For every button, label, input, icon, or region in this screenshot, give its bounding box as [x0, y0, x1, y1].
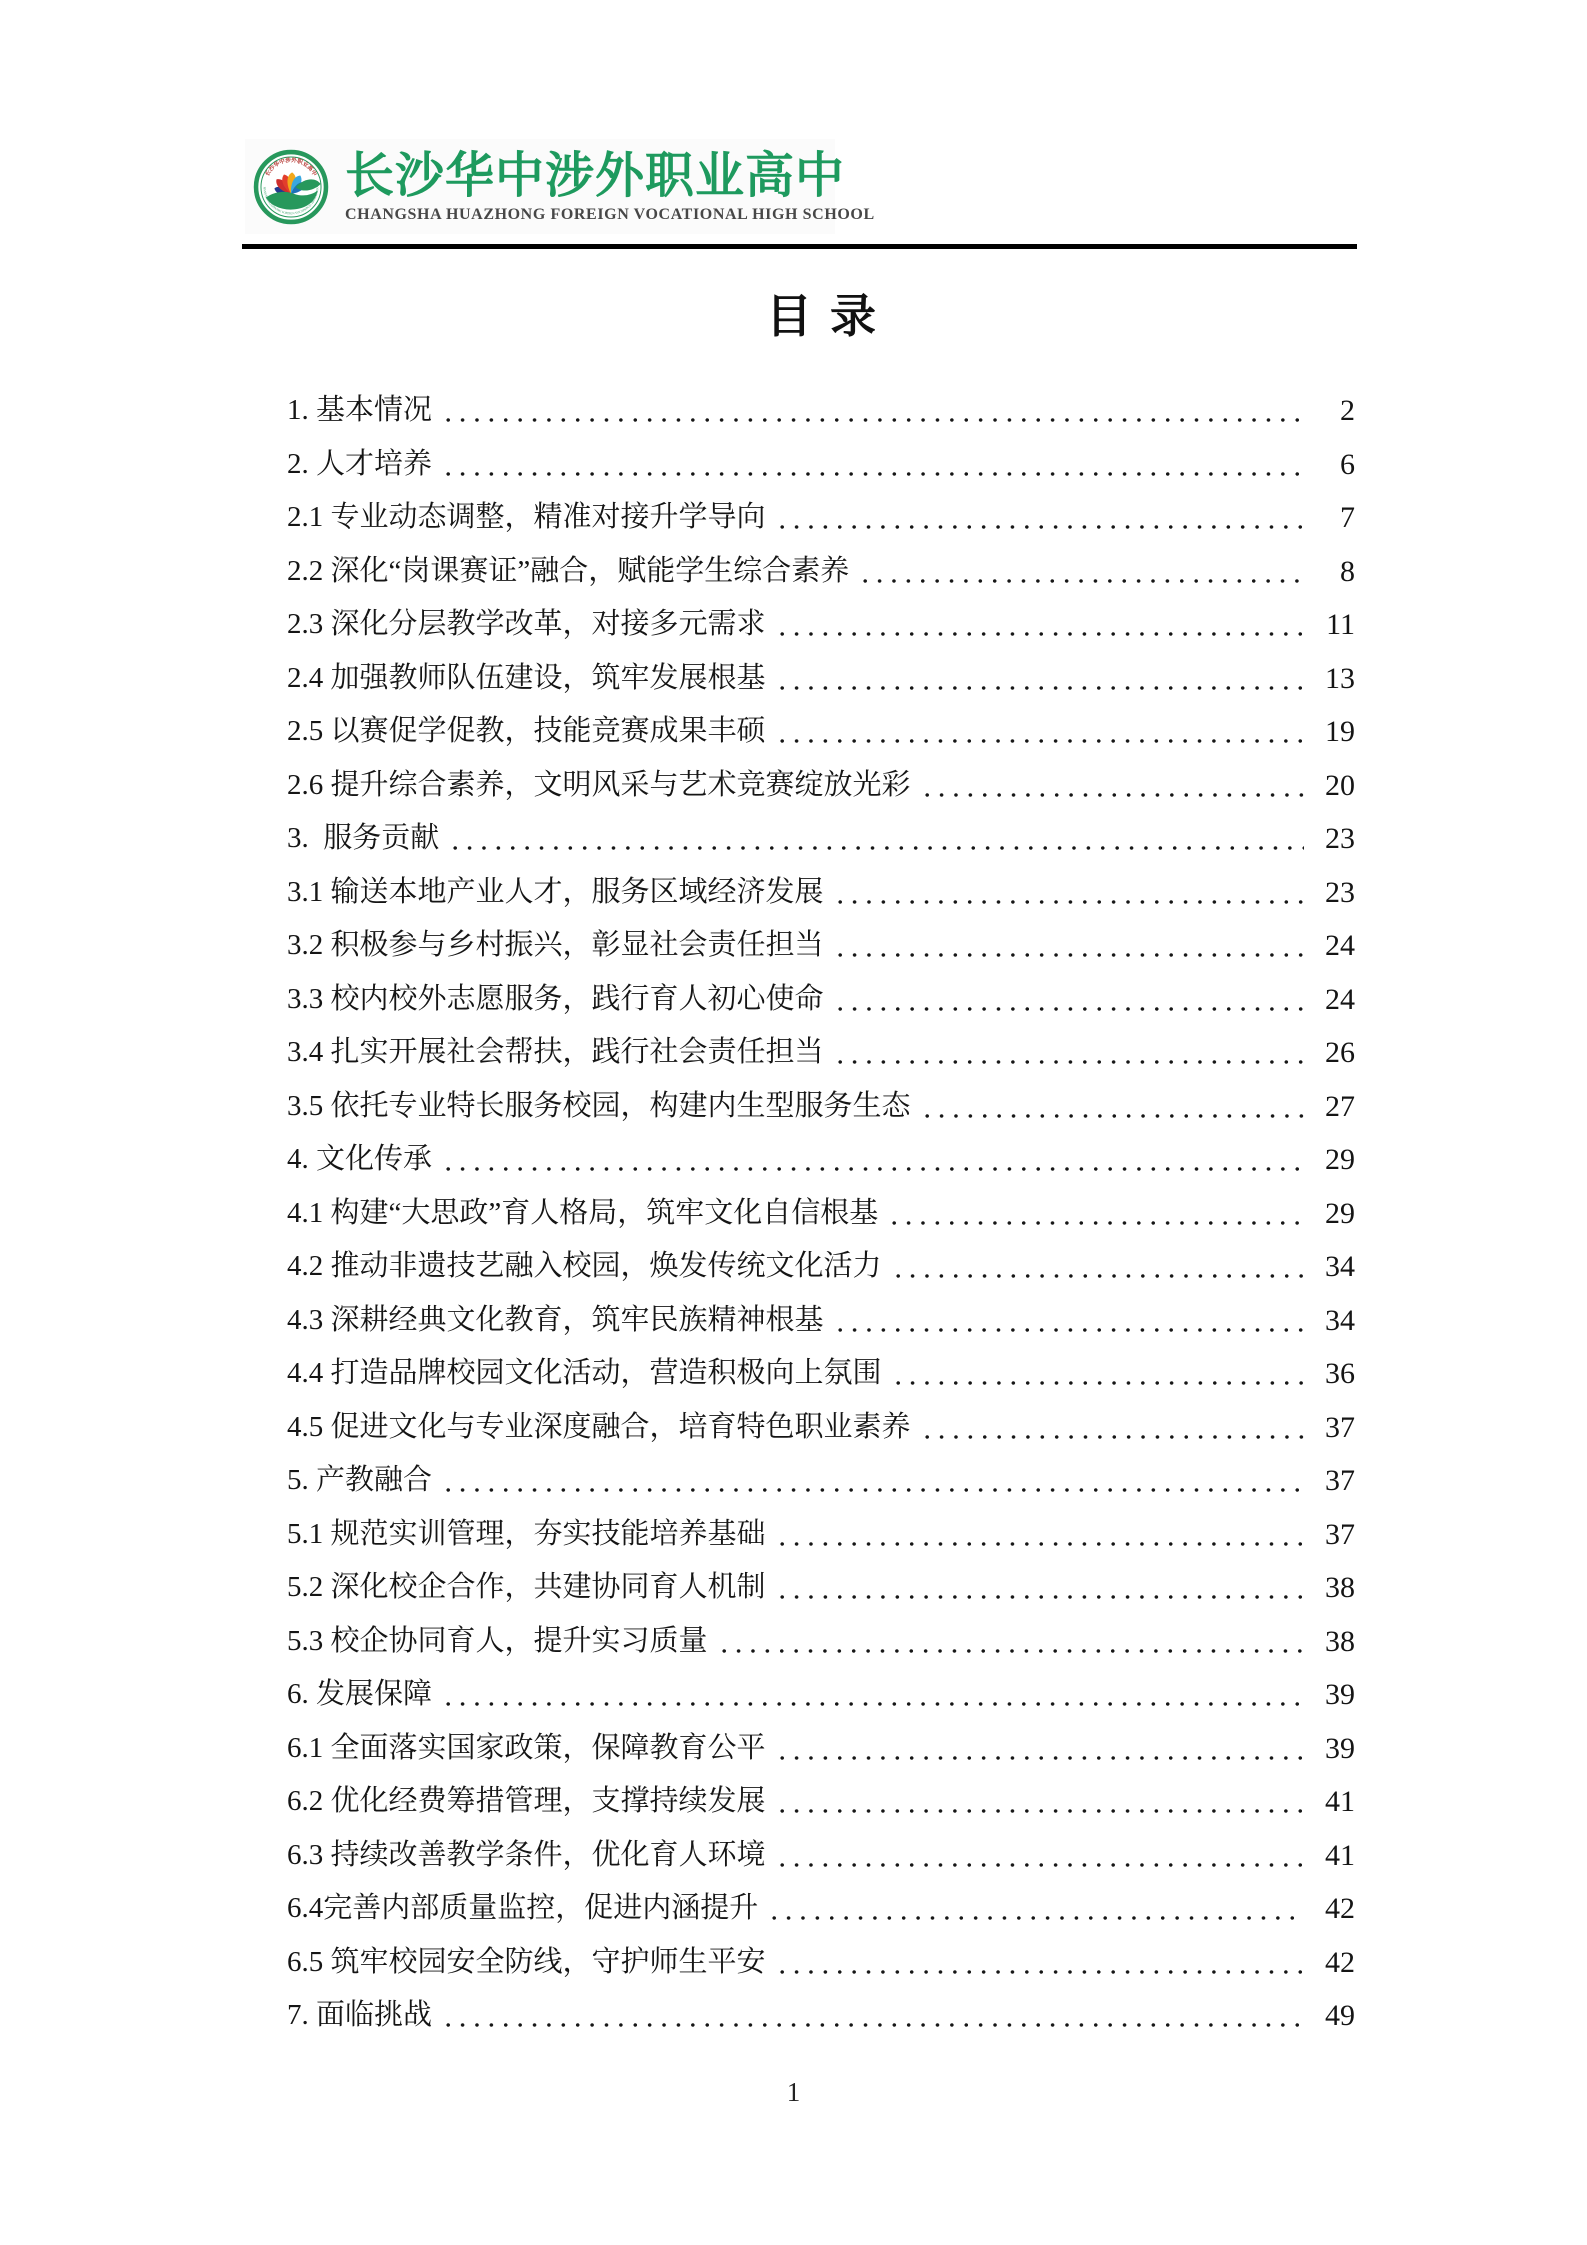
toc-entry-page: 34 — [1309, 1294, 1355, 1348]
toc-entry-label: 5.1 规范实训管理，夯实技能培养基础 — [287, 1508, 766, 1562]
toc-entry-page: 37 — [1309, 1401, 1355, 1455]
table-of-contents: 目录 1. 基本情况 2 2. 人才培养 6 2.1 专业动态调整，精准对接升学… — [287, 282, 1355, 2043]
toc-entry: 6.2 优化经费筹措管理，支撑持续发展 41 — [287, 1775, 1355, 1829]
document-page: 长沙华中涉外职业高中 CHANGSHA HUAZHONG FOREIGN VOC… — [0, 0, 1587, 2245]
toc-entry: 3.2 积极参与乡村振兴，彰显社会责任担当 24 — [287, 919, 1355, 973]
toc-dot-leader — [773, 1829, 1304, 1883]
toc-dot-leader — [715, 1615, 1304, 1669]
toc-entry: 4.4 打造品牌校园文化活动，营造积极向上氛围 36 — [287, 1347, 1355, 1401]
toc-entry-page: 38 — [1309, 1561, 1355, 1615]
toc-entry: 4.5 促进文化与专业深度融合，培育特色职业素养 37 — [287, 1401, 1355, 1455]
toc-entry-page: 37 — [1309, 1454, 1355, 1508]
toc-dot-leader — [446, 812, 1304, 866]
toc-entry: 4.1 构建“大思政”育人格局，筑牢文化自信根基 29 — [287, 1187, 1355, 1241]
toc-entry: 2.1 专业动态调整，精准对接升学导向 7 — [287, 491, 1355, 545]
toc-entry: 4. 文化传承 29 — [287, 1133, 1355, 1187]
toc-entry-label: 2.6 提升综合素养，文明风采与艺术竞赛绽放光彩 — [287, 759, 911, 813]
toc-dot-leader — [889, 1240, 1304, 1294]
toc-entry-label: 3.1 输送本地产业人才，服务区域经济发展 — [287, 866, 824, 920]
toc-entry: 3.1 输送本地产业人才，服务区域经济发展 23 — [287, 866, 1355, 920]
toc-dot-leader — [885, 1187, 1304, 1241]
toc-entry-page: 39 — [1309, 1668, 1355, 1722]
toc-entry-page: 42 — [1309, 1882, 1355, 1936]
toc-dot-leader — [439, 1133, 1304, 1187]
toc-entry-label: 4.3 深耕经典文化教育，筑牢民族精神根基 — [287, 1294, 824, 1348]
toc-entry: 6.4完善内部质量监控，促进内涵提升 42 — [287, 1882, 1355, 1936]
toc-entry-label: 6.4完善内部质量监控，促进内涵提升 — [287, 1882, 758, 1936]
toc-entry: 7. 面临挑战 49 — [287, 1989, 1355, 2043]
toc-entry-label: 2.4 加强教师队伍建设，筑牢发展根基 — [287, 652, 766, 706]
toc-entry: 5.3 校企协同育人，提升实习质量 38 — [287, 1615, 1355, 1669]
school-name-chinese: 长沙华中涉外职业高中 — [345, 149, 875, 203]
toc-entry-label: 3.4 扎实开展社会帮扶，践行社会责任担当 — [287, 1026, 824, 1080]
toc-title: 目录 — [287, 282, 1355, 352]
toc-dot-leader — [831, 866, 1304, 920]
toc-entry-page: 36 — [1309, 1347, 1355, 1401]
toc-entry-page: 24 — [1309, 919, 1355, 973]
page-number: 1 — [787, 2077, 801, 2107]
toc-dot-leader — [918, 759, 1304, 813]
toc-entry-label: 6.1 全面落实国家政策，保障教育公平 — [287, 1722, 766, 1776]
toc-dot-leader — [773, 1561, 1304, 1615]
header-divider — [242, 244, 1357, 249]
toc-dot-leader — [773, 1508, 1304, 1562]
toc-entry: 3. 服务贡献 23 — [287, 812, 1355, 866]
toc-dot-leader — [439, 438, 1304, 492]
toc-entry-label: 5.2 深化校企合作，共建协同育人机制 — [287, 1561, 766, 1615]
toc-entry-page: 42 — [1309, 1936, 1355, 1990]
school-logo: 长沙华中涉外职业高中 CHANGSHA HUAZHONG FOREIGN VOC… — [245, 139, 835, 234]
toc-dot-leader — [889, 1347, 1304, 1401]
toc-entry: 3.5 依托专业特长服务校园，构建内生型服务生态 27 — [287, 1080, 1355, 1134]
toc-entry-label: 6. 发展保障 — [287, 1668, 432, 1722]
toc-entry: 5. 产教融合 37 — [287, 1454, 1355, 1508]
toc-entry-page: 8 — [1309, 545, 1355, 599]
toc-dot-leader — [773, 1936, 1304, 1990]
toc-entry-label: 5.3 校企协同育人，提升实习质量 — [287, 1615, 708, 1669]
toc-entry-page: 26 — [1309, 1026, 1355, 1080]
toc-entry-label: 2.1 专业动态调整，精准对接升学导向 — [287, 491, 766, 545]
toc-entry-label: 2.3 深化分层教学改革，对接多元需求 — [287, 598, 766, 652]
toc-entry-page: 29 — [1309, 1187, 1355, 1241]
toc-entry: 4.3 深耕经典文化教育，筑牢民族精神根基 34 — [287, 1294, 1355, 1348]
toc-entry-label: 3. 服务贡献 — [287, 812, 439, 866]
toc-entry-page: 2 — [1309, 384, 1355, 438]
toc-entry-page: 41 — [1309, 1775, 1355, 1829]
toc-entry-page: 39 — [1309, 1722, 1355, 1776]
toc-dot-leader — [439, 384, 1304, 438]
toc-dot-leader — [773, 491, 1304, 545]
toc-entry-page: 19 — [1309, 705, 1355, 759]
school-emblem-icon: 长沙华中涉外职业高中 CHANGSHA HUAZHONG FOREIGN VOC… — [253, 149, 329, 225]
toc-entry: 2.2 深化“岗课赛证”融合，赋能学生综合素养 8 — [287, 545, 1355, 599]
toc-entry-page: 41 — [1309, 1829, 1355, 1883]
page-footer: 1 — [0, 2072, 1587, 2112]
toc-entry-list: 1. 基本情况 2 2. 人才培养 6 2.1 专业动态调整，精准对接升学导向 … — [287, 384, 1355, 2043]
toc-entry-page: 49 — [1309, 1989, 1355, 2043]
toc-entry-page: 23 — [1309, 866, 1355, 920]
toc-dot-leader — [765, 1882, 1304, 1936]
toc-dot-leader — [439, 1668, 1304, 1722]
toc-entry: 5.1 规范实训管理，夯实技能培养基础 37 — [287, 1508, 1355, 1562]
toc-dot-leader — [856, 545, 1304, 599]
toc-entry-label: 4.4 打造品牌校园文化活动，营造积极向上氛围 — [287, 1347, 882, 1401]
toc-entry-page: 37 — [1309, 1508, 1355, 1562]
toc-entry-label: 3.2 积极参与乡村振兴，彰显社会责任担当 — [287, 919, 824, 973]
school-name-english: CHANGSHA HUAZHONG FOREIGN VOCATIONAL HIG… — [345, 205, 875, 225]
toc-entry-label: 7. 面临挑战 — [287, 1989, 432, 2043]
toc-dot-leader — [831, 919, 1304, 973]
toc-entry-label: 4.2 推动非遗技艺融入校园，焕发传统文化活力 — [287, 1240, 882, 1294]
toc-entry-page: 13 — [1309, 652, 1355, 706]
toc-dot-leader — [831, 1294, 1304, 1348]
toc-entry-page: 27 — [1309, 1080, 1355, 1134]
toc-dot-leader — [918, 1080, 1304, 1134]
toc-dot-leader — [773, 705, 1304, 759]
toc-entry-page: 29 — [1309, 1133, 1355, 1187]
toc-entry: 2.3 深化分层教学改革，对接多元需求 11 — [287, 598, 1355, 652]
toc-entry-label: 3.3 校内校外志愿服务，践行育人初心使命 — [287, 973, 824, 1027]
toc-entry: 2. 人才培养 6 — [287, 438, 1355, 492]
toc-entry-page: 11 — [1309, 598, 1355, 652]
toc-entry-page: 7 — [1309, 491, 1355, 545]
toc-entry-label: 5. 产教融合 — [287, 1454, 432, 1508]
toc-entry-page: 38 — [1309, 1615, 1355, 1669]
toc-entry: 4.2 推动非遗技艺融入校园，焕发传统文化活力 34 — [287, 1240, 1355, 1294]
toc-entry-page: 24 — [1309, 973, 1355, 1027]
toc-entry-label: 6.3 持续改善教学条件，优化育人环境 — [287, 1829, 766, 1883]
toc-entry-label: 2.5 以赛促学促教，技能竞赛成果丰硕 — [287, 705, 766, 759]
toc-dot-leader — [773, 652, 1304, 706]
toc-entry-label: 2.2 深化“岗课赛证”融合，赋能学生综合素养 — [287, 545, 849, 599]
toc-dot-leader — [831, 1026, 1304, 1080]
toc-entry-label: 1. 基本情况 — [287, 384, 432, 438]
toc-entry: 2.6 提升综合素养，文明风采与艺术竞赛绽放光彩 20 — [287, 759, 1355, 813]
toc-dot-leader — [773, 598, 1304, 652]
toc-entry-label: 6.5 筑牢校园安全防线，守护师生平安 — [287, 1936, 766, 1990]
toc-entry-page: 34 — [1309, 1240, 1355, 1294]
toc-entry: 6.1 全面落实国家政策，保障教育公平 39 — [287, 1722, 1355, 1776]
toc-entry: 2.5 以赛促学促教，技能竞赛成果丰硕 19 — [287, 705, 1355, 759]
toc-dot-leader — [439, 1989, 1304, 2043]
toc-dot-leader — [773, 1722, 1304, 1776]
toc-entry: 5.2 深化校企合作，共建协同育人机制 38 — [287, 1561, 1355, 1615]
toc-entry: 2.4 加强教师队伍建设，筑牢发展根基 13 — [287, 652, 1355, 706]
toc-entry-label: 4. 文化传承 — [287, 1133, 432, 1187]
toc-dot-leader — [773, 1775, 1304, 1829]
toc-entry-label: 6.2 优化经费筹措管理，支撑持续发展 — [287, 1775, 766, 1829]
toc-entry: 1. 基本情况 2 — [287, 384, 1355, 438]
school-name-block: 长沙华中涉外职业高中 CHANGSHA HUAZHONG FOREIGN VOC… — [345, 149, 875, 225]
toc-entry: 6.3 持续改善教学条件，优化育人环境 41 — [287, 1829, 1355, 1883]
toc-entry: 3.4 扎实开展社会帮扶，践行社会责任担当 26 — [287, 1026, 1355, 1080]
toc-entry-page: 6 — [1309, 438, 1355, 492]
toc-entry-page: 20 — [1309, 759, 1355, 813]
toc-entry-label: 4.5 促进文化与专业深度融合，培育特色职业素养 — [287, 1401, 911, 1455]
toc-entry: 3.3 校内校外志愿服务，践行育人初心使命 24 — [287, 973, 1355, 1027]
toc-dot-leader — [918, 1401, 1304, 1455]
toc-entry-page: 23 — [1309, 812, 1355, 866]
toc-dot-leader — [831, 973, 1304, 1027]
toc-entry: 6.5 筑牢校园安全防线，守护师生平安 42 — [287, 1936, 1355, 1990]
toc-entry-label: 3.5 依托专业特长服务校园，构建内生型服务生态 — [287, 1080, 911, 1134]
toc-entry-label: 2. 人才培养 — [287, 438, 432, 492]
toc-dot-leader — [439, 1454, 1304, 1508]
toc-entry-label: 4.1 构建“大思政”育人格局，筑牢文化自信根基 — [287, 1187, 878, 1241]
toc-entry: 6. 发展保障 39 — [287, 1668, 1355, 1722]
